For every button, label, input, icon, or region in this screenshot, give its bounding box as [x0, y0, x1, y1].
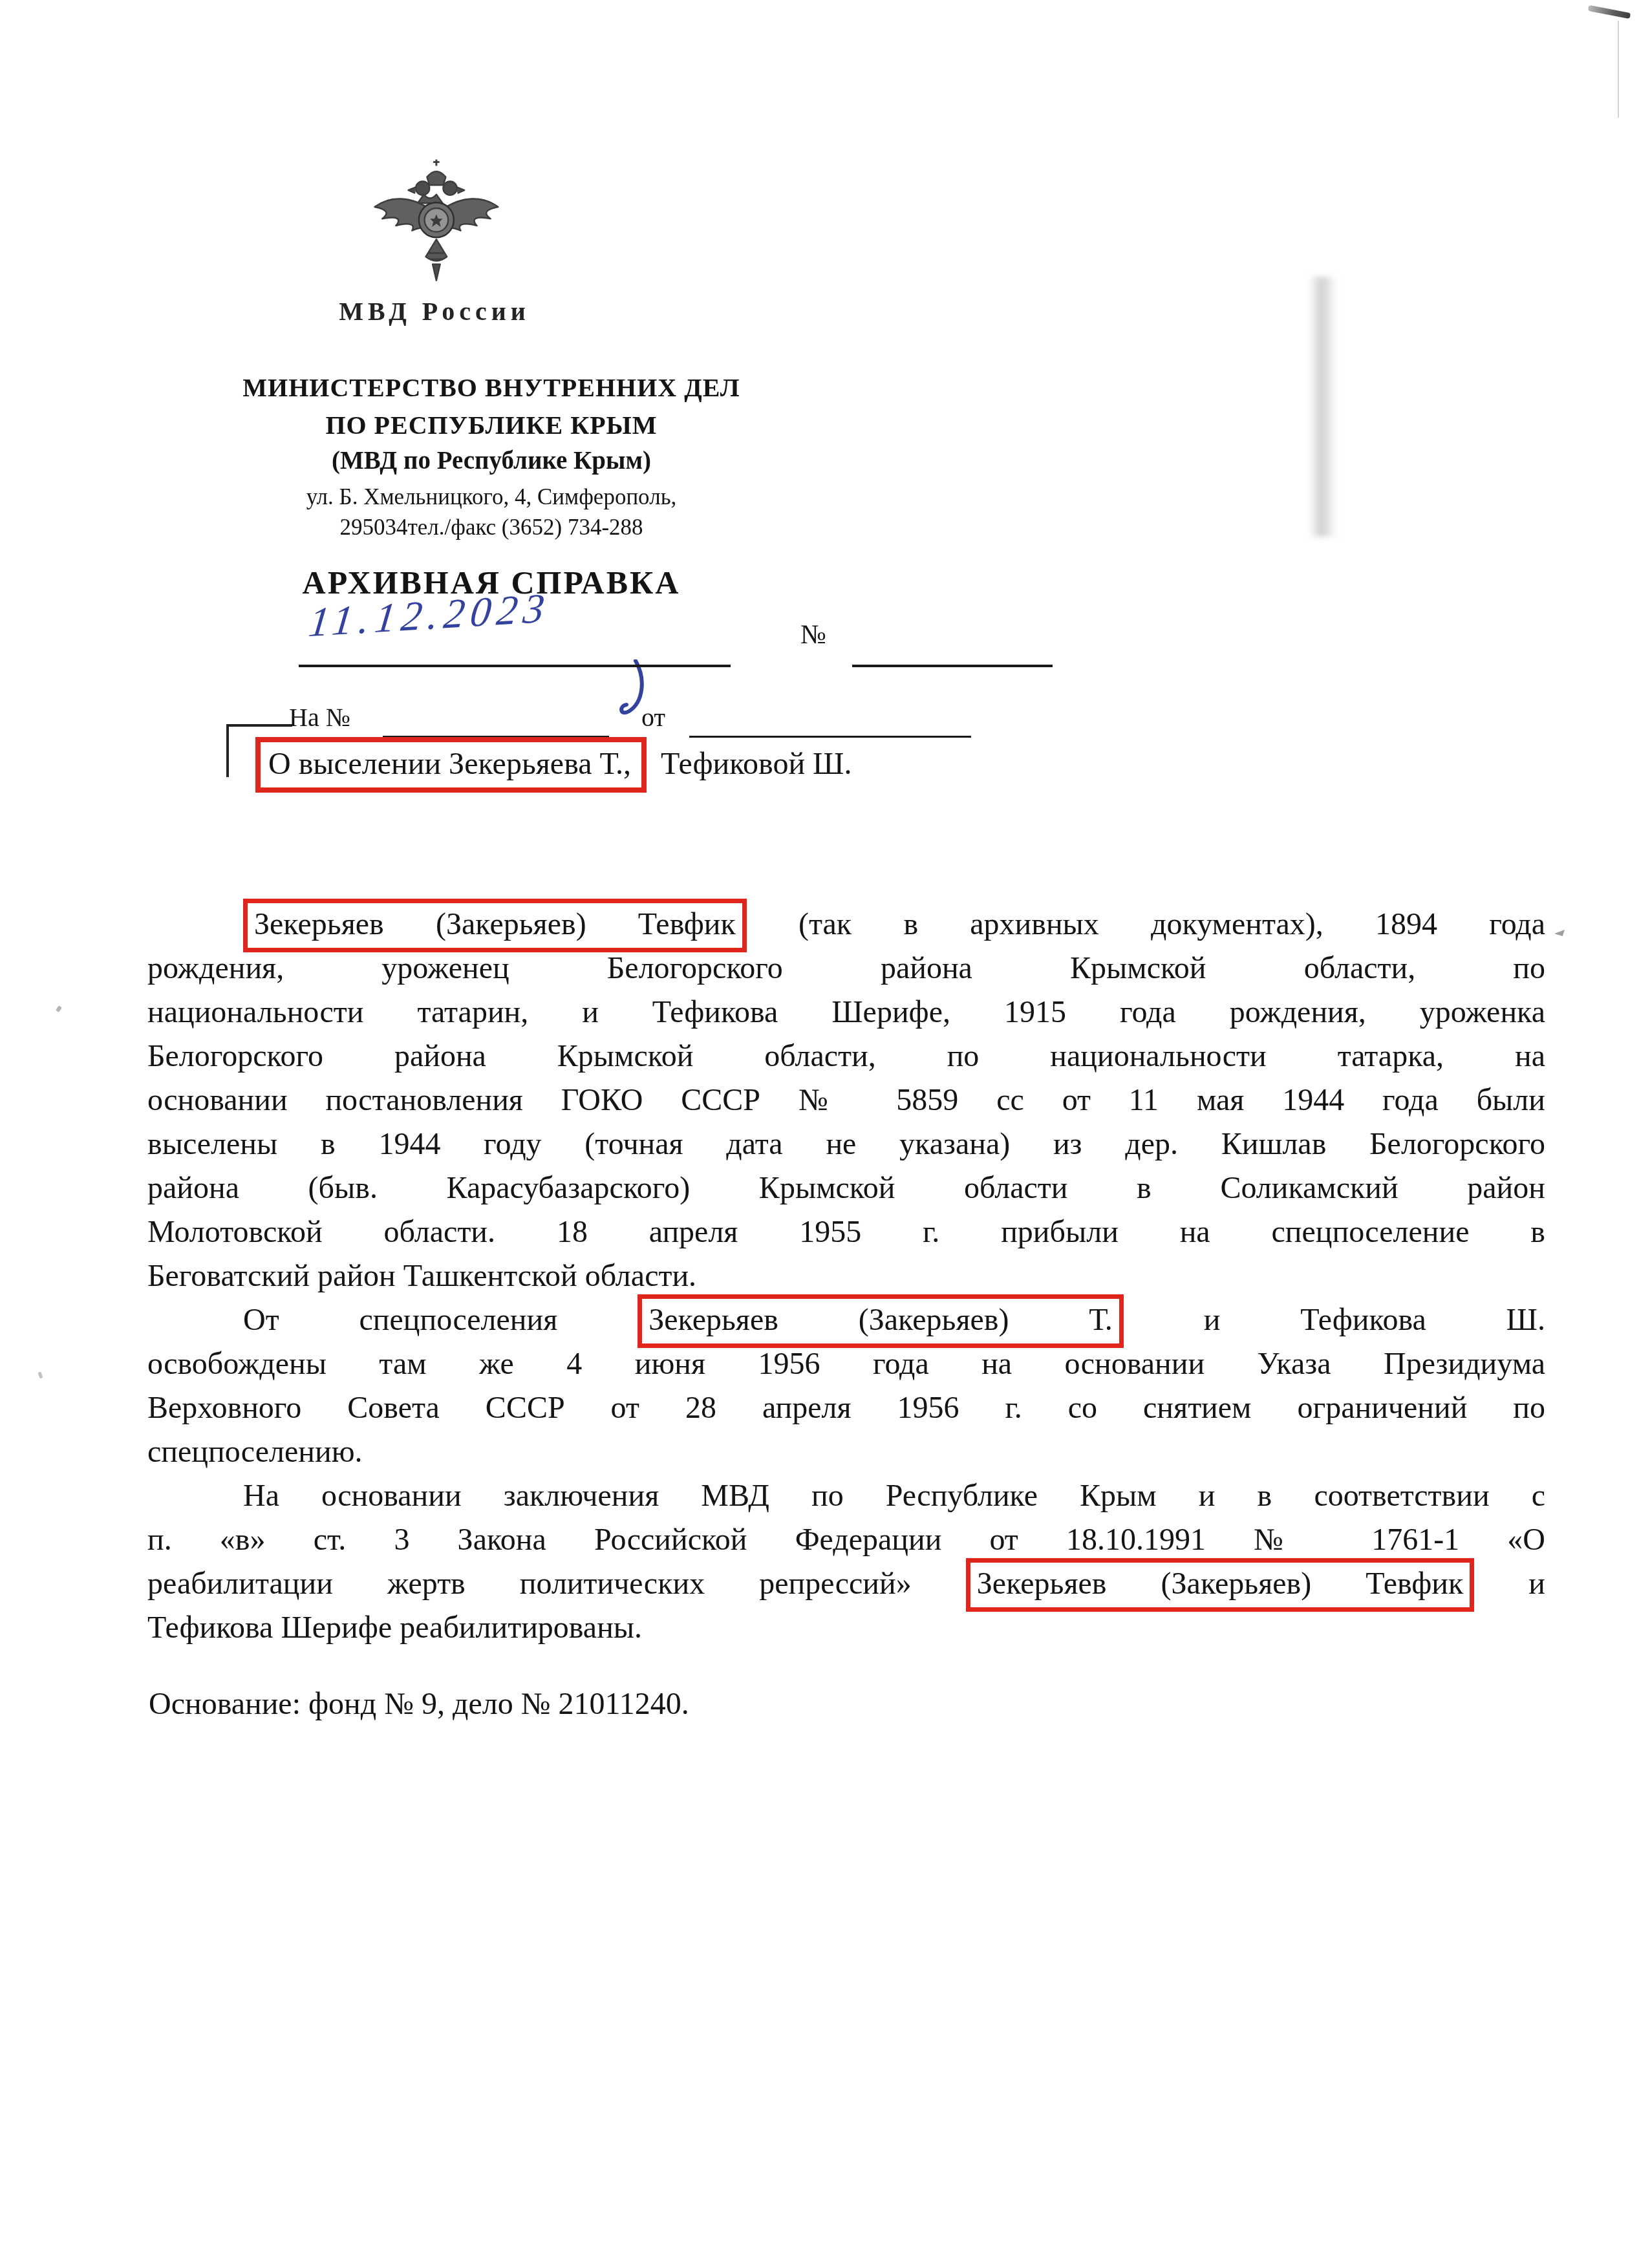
basis-line: Основание: фонд № 9, дело № 21011240. [149, 1686, 689, 1722]
body-segment: и [1474, 1567, 1545, 1601]
number-sign: № [800, 619, 826, 650]
subject-boxed-text: О выселении Зекерьяева Т., [268, 747, 631, 781]
body-segment: реабилитации жертв политических репресси… [147, 1567, 966, 1601]
body-line: района (быв. Карасубазарского) Крымской … [147, 1166, 1545, 1210]
body-segment: и Тефикова Ш. [1124, 1303, 1545, 1337]
body-segment: рождения, уроженец Белогорского района К… [147, 951, 1545, 985]
body-line: основании постановления ГОКО СССР № 5859… [147, 1078, 1545, 1122]
body-segment: освобождены там же 4 июня 1956 года на о… [147, 1347, 1545, 1381]
body-segment: п. «в» ст. 3 Закона Российской Федерации… [147, 1523, 1545, 1557]
body-line: Зекерьяев (Закерьяев) Тевфик (так в архи… [147, 903, 1545, 947]
subject-highlight-box: О выселении Зекерьяева Т., [255, 737, 647, 793]
date-underline [299, 665, 731, 667]
body-line: Верховного Совета СССР от 28 апреля 1956… [147, 1386, 1545, 1430]
body-line: От спецпоселения Зекерьяев (Закерьяев) Т… [147, 1298, 1545, 1342]
body-line: реабилитации жертв политических репресси… [147, 1562, 1545, 1606]
body-segment: Беговатский район Ташкентской области. [147, 1259, 696, 1293]
scan-speck [56, 1005, 62, 1012]
body-segment: (так в архивных документах), 1894 года [747, 907, 1545, 941]
body-segment: Верховного Совета СССР от 28 апреля 1956… [147, 1391, 1545, 1425]
scan-speck [37, 1371, 43, 1378]
phone-fax-line: 295034тел./факс (3652) 734-288 [200, 515, 782, 540]
body-text: Зекерьяев (Закерьяев) Тевфик (так в архи… [147, 903, 1545, 1650]
body-line: Молотовской области. 18 апреля 1955 г. п… [147, 1210, 1545, 1254]
body-line: рождения, уроженец Белогорского района К… [147, 947, 1545, 990]
ref-number-label: На № [289, 702, 350, 733]
document-page: МВД России МИНИСТЕРСТВО ВНУТРЕННИХ ДЕЛ П… [0, 0, 1650, 2268]
scan-line-artifact [1618, 21, 1619, 118]
subject-line: О выселении Зекерьяева Т.,Тефиковой Ш. [255, 737, 852, 793]
scan-smudge-artifact [1309, 277, 1337, 537]
body-segment: национальности татарин, и Тефикова Шериф… [147, 995, 1545, 1029]
org-short-name: МВД России [273, 296, 596, 326]
body-segment: Белогорского района Крымской области, по… [147, 1039, 1545, 1073]
body-segment: спецпоселению. [147, 1435, 363, 1469]
address-line: ул. Б. Хмельницкого, 4, Симферополь, [200, 484, 782, 510]
body-segment: На основании заключения МВД по Республик… [243, 1479, 1545, 1513]
ministry-name-line2: ПО РЕСПУБЛИКЕ КРЫМ [200, 410, 782, 440]
highlighted-name: Зекерьяев (Закерьяев) Тевфик [243, 899, 747, 952]
scan-speck [1554, 930, 1565, 936]
body-segment: Молотовской области. 18 апреля 1955 г. п… [147, 1215, 1545, 1249]
body-line: освобождены там же 4 июня 1956 года на о… [147, 1342, 1545, 1386]
ministry-name-line1: МИНИСТЕРСТВО ВНУТРЕННИХ ДЕЛ [200, 372, 782, 403]
body-segment: Тефикова Шерифе реабилитированы. [147, 1610, 642, 1645]
number-underline [852, 665, 1053, 667]
body-line: спецпоселению. [147, 1430, 1545, 1474]
corner-mark [226, 724, 229, 777]
body-segment: основании постановления ГОКО СССР № 5859… [147, 1083, 1545, 1117]
corner-mark [226, 724, 292, 727]
body-line: национальности татарин, и Тефикова Шериф… [147, 990, 1545, 1034]
scan-streak-artifact [1588, 5, 1631, 19]
highlighted-name: Зекерьяев (Закерьяев) Тевфик [966, 1558, 1474, 1612]
mvd-eagle-emblem-icon [366, 159, 503, 294]
body-line: Тефикова Шерифе реабилитированы. [147, 1606, 1545, 1650]
ministry-abbreviation: (МВД по Республике Крым) [200, 446, 782, 475]
ref-from-label: от [641, 702, 665, 733]
body-line: Белогорского района Крымской области, по… [147, 1034, 1545, 1078]
body-line: п. «в» ст. 3 Закона Российской Федерации… [147, 1518, 1545, 1562]
body-segment: От спецпоселения [243, 1303, 637, 1337]
body-line: выселены в 1944 году (точная дата не ука… [147, 1122, 1545, 1166]
subject-rest-text: Тефиковой Ш. [661, 747, 852, 781]
body-line: На основании заключения МВД по Республик… [147, 1474, 1545, 1518]
body-line: Беговатский район Ташкентской области. [147, 1254, 1545, 1298]
body-segment: выселены в 1944 году (точная дата не ука… [147, 1127, 1545, 1161]
body-segment: района (быв. Карасубазарского) Крымской … [147, 1171, 1545, 1205]
highlighted-name: Зекерьяев (Закерьяев) Т. [637, 1294, 1124, 1348]
